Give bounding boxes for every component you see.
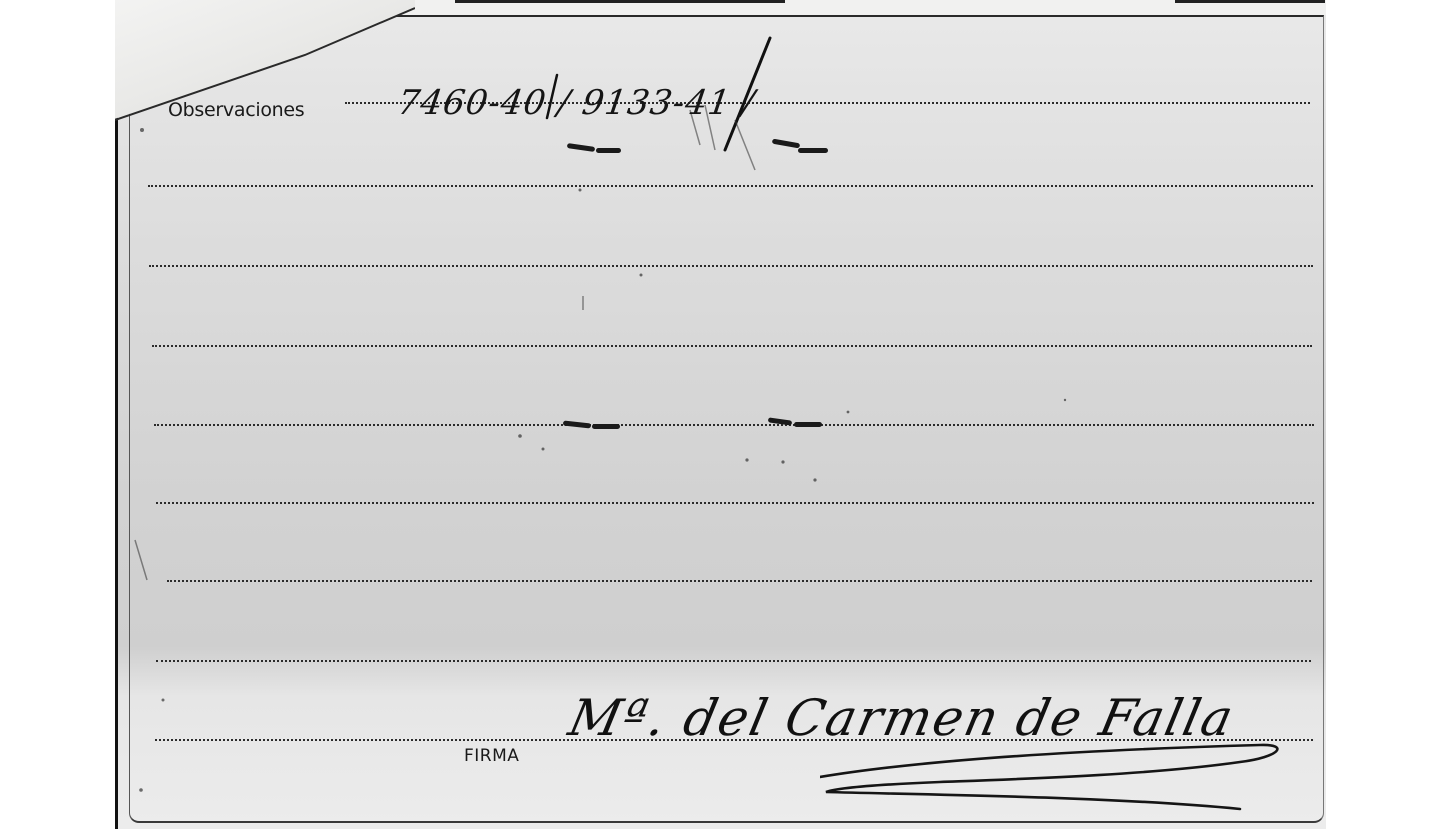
observations-handwritten-text: 7460-40 / 9133-41 /: [395, 83, 758, 123]
handwritten-dash-mark: [596, 148, 621, 153]
ruled-line: [156, 502, 1314, 504]
ruled-line: [149, 265, 1313, 267]
ruled-line: [152, 345, 1312, 347]
page-margin: [1326, 0, 1440, 829]
background-shadow: [1175, 0, 1325, 3]
handwritten-dash-mark: [563, 421, 591, 429]
handwritten-dash-mark: [772, 139, 800, 149]
ruled-line: [156, 660, 1311, 662]
scanned-card-image: Observaciones 7460-40 / 9133-41 / FIRMA …: [115, 0, 1326, 829]
background-shadow: [455, 0, 785, 3]
ruled-line: [167, 580, 1312, 582]
background-shadow: [115, 110, 118, 829]
signature-label: FIRMA: [464, 746, 519, 766]
handwritten-dash-mark: [794, 422, 822, 427]
observations-label: Observaciones: [168, 99, 304, 121]
handwritten-dash-mark: [592, 424, 620, 429]
ruled-line: [148, 185, 1313, 187]
handwritten-dash-mark: [567, 143, 595, 152]
signature-flourish-icon: [820, 737, 1290, 817]
index-card: Observaciones 7460-40 / 9133-41 / FIRMA …: [129, 15, 1324, 823]
handwritten-dash-mark: [798, 148, 828, 153]
ruled-line: [154, 424, 1314, 426]
